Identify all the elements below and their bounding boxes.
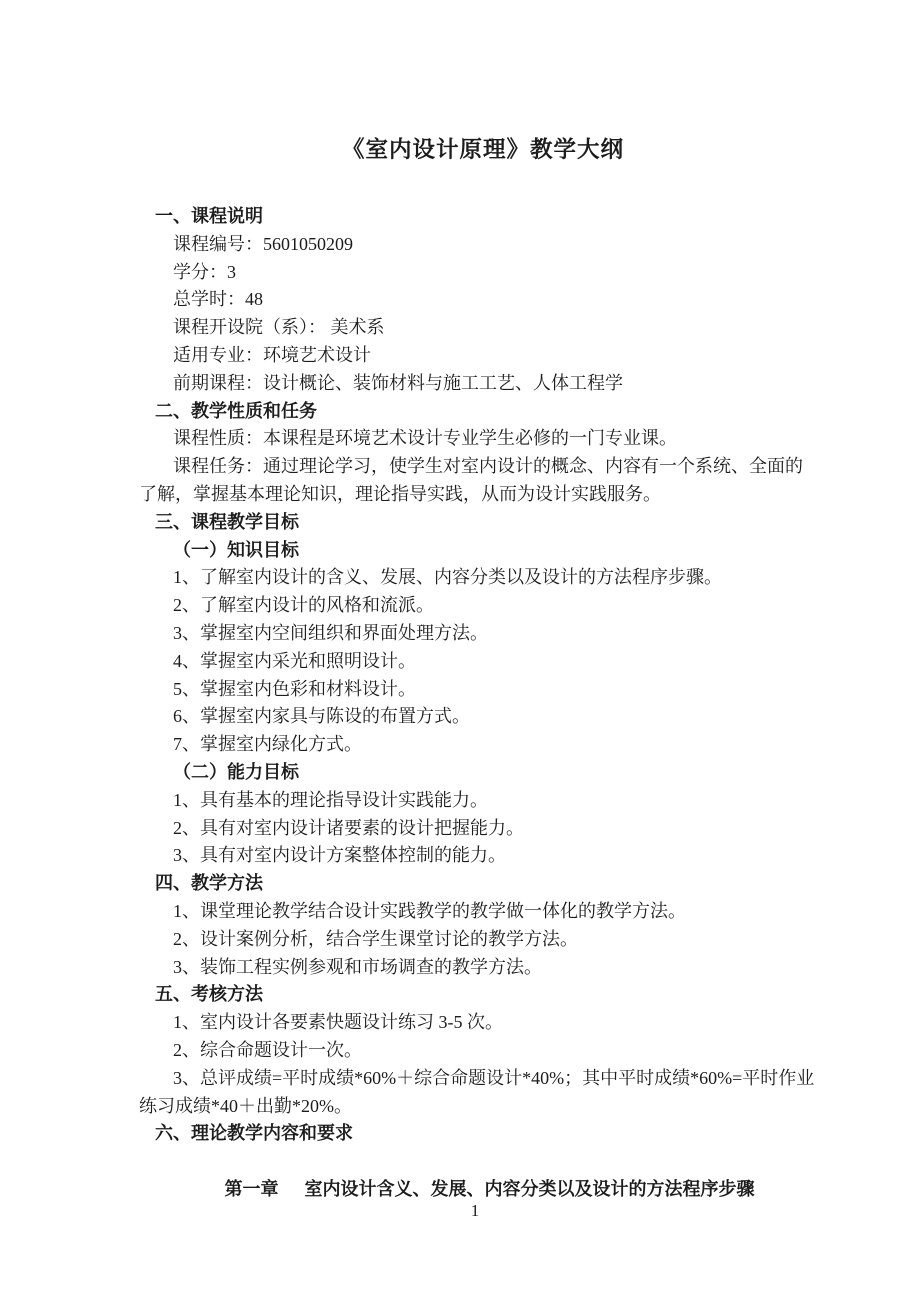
section-teaching-methods: 四、教学方法 — [139, 870, 797, 898]
paragraph-grading-formula: 3、总评成绩=平时成绩*60%＋综合命题设计*40%；其中平时成绩*60%=平时… — [139, 1065, 819, 1121]
field-total-hours: 总学时：48 — [139, 286, 797, 314]
list-item: 5、掌握室内色彩和材料设计。 — [139, 676, 797, 704]
field-department: 课程开设院（系）： 美术系 — [139, 314, 797, 342]
chapter-number: 第一章 — [225, 1179, 279, 1199]
list-item: 3、掌握室内空间组织和界面处理方法。 — [139, 620, 797, 648]
section-course-info: 一、课程说明 — [139, 203, 797, 231]
list-item: 2、综合命题设计一次。 — [139, 1037, 797, 1065]
list-item: 3、具有对室内设计方案整体控制的能力。 — [139, 842, 797, 870]
document-title: 《室内设计原理》教学大纲 — [23, 0, 920, 167]
document-page: 《室内设计原理》教学大纲 一、课程说明 课程编号：5601050209 学分：3… — [0, 0, 920, 1302]
list-item: 1、了解室内设计的含义、发展、内容分类以及设计的方法程序步骤。 — [139, 564, 797, 592]
field-course-nature: 课程性质：本课程是环境艺术设计专业学生必修的一门专业课。 — [139, 425, 797, 453]
field-prerequisites: 前期课程：设计概论、装饰材料与施工工艺、人体工程学 — [139, 370, 797, 398]
list-item: 2、设计案例分析，结合学生课堂讨论的教学方法。 — [139, 926, 797, 954]
section-teaching-objectives: 三、课程教学目标 — [139, 509, 797, 537]
list-item: 1、室内设计各要素快题设计练习 3-5 次。 — [139, 1009, 797, 1037]
list-item: 7、掌握室内绿化方式。 — [139, 731, 797, 759]
list-item: 2、具有对室内设计诸要素的设计把握能力。 — [139, 815, 797, 843]
page-number: 1 — [15, 1200, 920, 1222]
list-item: 2、了解室内设计的风格和流派。 — [139, 592, 797, 620]
subsection-ability-goals: （二）能力目标 — [139, 759, 797, 787]
section-nature-tasks: 二、教学性质和任务 — [139, 398, 797, 426]
section-theory-content: 六、理论教学内容和要求 — [139, 1120, 797, 1148]
document-body: 一、课程说明 课程编号：5601050209 学分：3 总学时：48 课程开设院… — [139, 203, 797, 1231]
section-assessment-methods: 五、考核方法 — [139, 981, 797, 1009]
list-item: 4、掌握室内采光和照明设计。 — [139, 648, 797, 676]
list-item: 6、掌握室内家具与陈设的布置方式。 — [139, 703, 797, 731]
field-major: 适用专业：环境艺术设计 — [139, 342, 797, 370]
list-item: 3、装饰工程实例参观和市场调查的教学方法。 — [139, 954, 797, 982]
field-credits: 学分：3 — [139, 259, 797, 287]
field-course-code: 课程编号：5601050209 — [139, 231, 797, 259]
paragraph-course-tasks: 课程任务：通过理论学习，使学生对室内设计的概念、内容有一个系统、全面的了解，掌握… — [139, 453, 819, 509]
list-item: 1、课堂理论教学结合设计实践教学的教学做一体化的教学方法。 — [139, 898, 797, 926]
subsection-knowledge-goals: （一）知识目标 — [139, 537, 797, 565]
chapter-title: 室内设计含义、发展、内容分类以及设计的方法程序步骤 — [305, 1179, 755, 1199]
list-item: 1、具有基本的理论指导设计实践能力。 — [139, 787, 797, 815]
